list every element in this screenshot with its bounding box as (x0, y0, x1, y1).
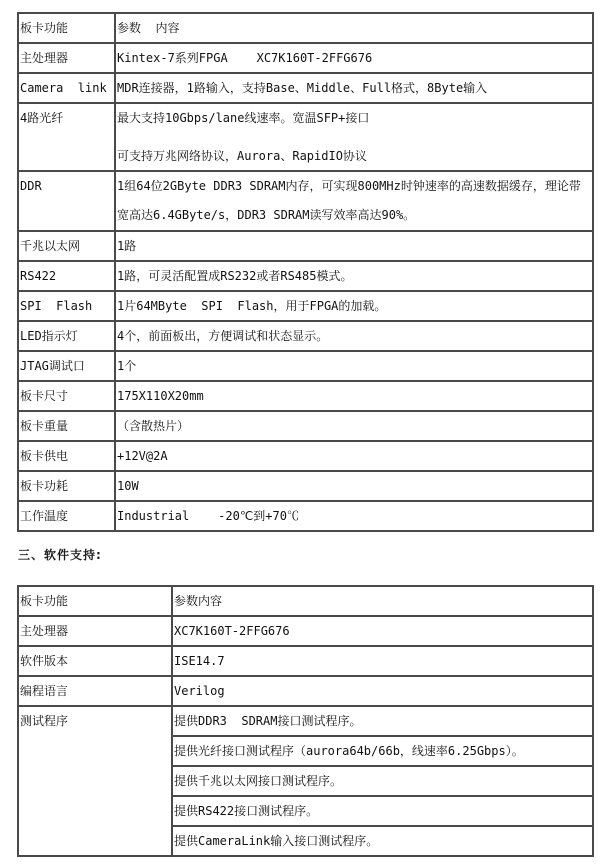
ddr-description: 1组64位2GByte DDR3 SDRAM内存，可实现800MHz时钟速率的高… (117, 172, 592, 230)
row-value: 1组64位2GByte DDR3 SDRAM内存，可实现800MHz时钟速率的高… (115, 171, 593, 231)
test-program-item: 提供光纤接口测试程序（aurora64b/66b，线速率6.25Gbps）。 (172, 736, 593, 766)
row-label: 工作温度 (18, 501, 115, 531)
fiber-line-1: 最大支持10Gbps/lane线速率。宽温SFP+接口 (117, 104, 592, 132)
row-label: 主处理器 (18, 43, 115, 73)
table-header-row: 板卡功能 参数 内容 (18, 13, 593, 43)
row-value: 最大支持10Gbps/lane线速率。宽温SFP+接口 可支持万兆网络协议，Au… (115, 103, 593, 171)
row-value: 1路，可灵活配置成RS232或者RS485模式。 (115, 261, 593, 291)
row-value: 4个，前面板出，方便调试和状态显示。 (115, 321, 593, 351)
table-row: JTAG调试口 1个 (18, 351, 593, 381)
row-label: 编程语言 (18, 676, 172, 706)
test-program-item: 提供CameraLink输入接口测试程序。 (172, 826, 593, 856)
row-value: 175X110X20mm (115, 381, 593, 411)
table-row: 测试程序 提供DDR3 SDRAM接口测试程序。 (18, 706, 593, 736)
table-row: 4路光纤 最大支持10Gbps/lane线速率。宽温SFP+接口 可支持万兆网络… (18, 103, 593, 171)
row-value: Industrial -20℃到+70℃ (115, 501, 593, 531)
table-row: 板卡尺寸 175X110X20mm (18, 381, 593, 411)
row-label: 板卡功耗 (18, 471, 115, 501)
table-row: Camera link MDR连接器，1路输入，支持Base、Middle、Fu… (18, 73, 593, 103)
table-header-row: 板卡功能 参数内容 (18, 586, 593, 616)
row-label: JTAG调试口 (18, 351, 115, 381)
table-row: 板卡供电 +12V@2A (18, 441, 593, 471)
table-row: 千兆以太网 1路 (18, 231, 593, 261)
header-value-cell: 参数内容 (172, 586, 593, 616)
header-value-cell: 参数 内容 (115, 13, 593, 43)
row-value: XC7K160T-2FFG676 (172, 616, 593, 646)
row-label: LED指示灯 (18, 321, 115, 351)
row-label: RS422 (18, 261, 115, 291)
row-label: DDR (18, 171, 115, 231)
test-program-item: 提供RS422接口测试程序。 (172, 796, 593, 826)
row-label: 软件版本 (18, 646, 172, 676)
row-value: 1个 (115, 351, 593, 381)
test-programs-label: 测试程序 (18, 706, 172, 856)
row-value: ISE14.7 (172, 646, 593, 676)
row-value: （含散热片） (115, 411, 593, 441)
hardware-spec-table: 板卡功能 参数 内容 主处理器 Kintex-7系列FPGA XC7K160T-… (17, 12, 594, 532)
header-label-cell: 板卡功能 (18, 13, 115, 43)
software-support-table: 板卡功能 参数内容 主处理器 XC7K160T-2FFG676 软件版本 ISE… (17, 585, 594, 857)
table-row: 软件版本 ISE14.7 (18, 646, 593, 676)
row-value: 1路 (115, 231, 593, 261)
table-row: 板卡功耗 10W (18, 471, 593, 501)
table-row: 主处理器 XC7K160T-2FFG676 (18, 616, 593, 646)
row-label: 千兆以太网 (18, 231, 115, 261)
table-row: 板卡重量 （含散热片） (18, 411, 593, 441)
row-value: +12V@2A (115, 441, 593, 471)
row-label: SPI Flash (18, 291, 115, 321)
row-value: 10W (115, 471, 593, 501)
row-label: 4路光纤 (18, 103, 115, 171)
test-program-item: 提供千兆以太网接口测试程序。 (172, 766, 593, 796)
row-label: 主处理器 (18, 616, 172, 646)
row-value: Kintex-7系列FPGA XC7K160T-2FFG676 (115, 43, 593, 73)
table-row: DDR 1组64位2GByte DDR3 SDRAM内存，可实现800MHz时钟… (18, 171, 593, 231)
table-row: 编程语言 Verilog (18, 676, 593, 706)
row-value: 1片64MByte SPI Flash，用于FPGA的加载。 (115, 291, 593, 321)
table-row: LED指示灯 4个，前面板出，方便调试和状态显示。 (18, 321, 593, 351)
table-row: SPI Flash 1片64MByte SPI Flash，用于FPGA的加载。 (18, 291, 593, 321)
row-value: MDR连接器，1路输入，支持Base、Middle、Full格式，8Byte输入 (115, 73, 593, 103)
section-heading-software-support: 三、软件支持: (18, 546, 102, 563)
table-row: 工作温度 Industrial -20℃到+70℃ (18, 501, 593, 531)
fiber-line-2: 可支持万兆网络协议，Aurora、RapidIO协议 (117, 142, 592, 170)
test-program-item: 提供DDR3 SDRAM接口测试程序。 (172, 706, 593, 736)
row-label: 板卡供电 (18, 441, 115, 471)
table-row: RS422 1路，可灵活配置成RS232或者RS485模式。 (18, 261, 593, 291)
row-value: Verilog (172, 676, 593, 706)
table-row: 主处理器 Kintex-7系列FPGA XC7K160T-2FFG676 (18, 43, 593, 73)
row-label: Camera link (18, 73, 115, 103)
row-label: 板卡尺寸 (18, 381, 115, 411)
row-label: 板卡重量 (18, 411, 115, 441)
header-label-cell: 板卡功能 (18, 586, 172, 616)
